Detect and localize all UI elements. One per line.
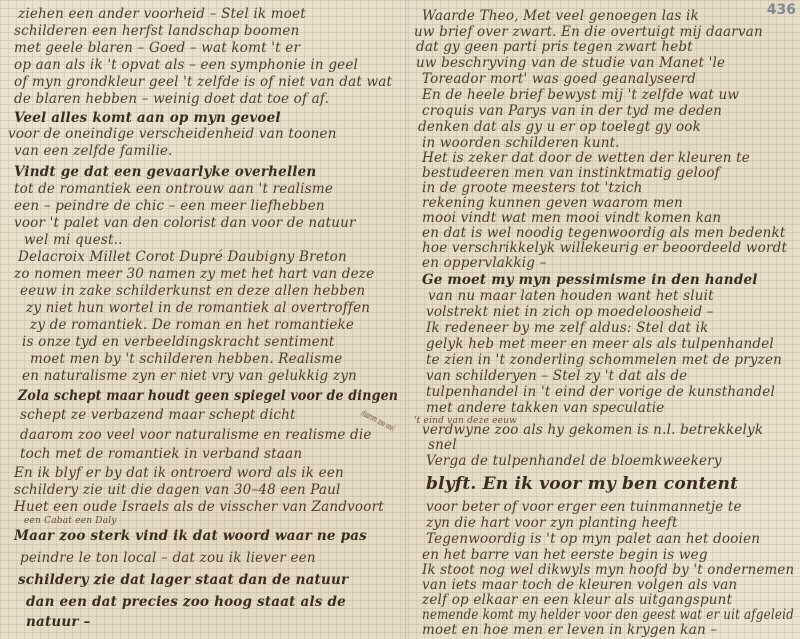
text-line: van schilderyen – Stel zy 't dat als de: [426, 368, 687, 384]
text-line: in de groote meesters tot 'tzich: [422, 180, 643, 196]
text-line: tulpenhandel in 't eind der vorige de ku…: [426, 384, 775, 400]
text-line: en het barre van het eerste begin is weg: [422, 547, 708, 563]
text-line: op aan als ik 't opvat als – een symphon…: [14, 57, 358, 73]
text-line: snel: [428, 437, 457, 453]
text-line: te zien in 't zonderling schommelen met …: [426, 352, 782, 368]
text-line: Vindt ge dat een gevaarlyke overhellen: [14, 164, 316, 180]
text-line: voor beter of voor erger een tuinmannetj…: [426, 499, 742, 515]
text-line: verdwyne zoo als hy gekomen is n.l. betr…: [422, 422, 763, 438]
text-line: voor 't palet van den colorist dan voor …: [14, 215, 356, 231]
text-line: Delacroix Millet Corot Dupré Daubigny Br…: [18, 249, 347, 265]
text-line: dat gy geen parti pris tegen zwart hebt: [416, 39, 693, 55]
text-line: croquis van Parys van in der tyd me dede…: [422, 103, 722, 119]
interlinear-note: een Cabat een Daly: [24, 516, 117, 526]
text-line: Veel alles komt aan op myn gevoel: [14, 110, 281, 126]
text-line: de blaren hebben – weinig doet dat toe o…: [14, 91, 329, 107]
center-fold: [405, 0, 407, 639]
text-line: Ge moet my myn pessimisme in den handel: [422, 272, 758, 288]
text-line: van iets maar toch de kleuren volgen als…: [422, 577, 737, 593]
text-line: zo nomen meer 30 namen zy met het hart v…: [14, 266, 374, 282]
left-page: ziehen een ander voorheid – Stel ik moet…: [0, 0, 404, 639]
text-line: en naturalisme zyn er niet vry van geluk…: [22, 368, 357, 384]
text-line: uw brief over zwart. En die overtuigt mi…: [414, 24, 763, 40]
text-line: voor de oneindige verscheidenheid van to…: [8, 126, 337, 142]
text-line: rekening kunnen geven waarom men: [422, 195, 683, 211]
text-line: Tegenwoordig is 't op myn palet aan het …: [426, 531, 760, 547]
text-line: tot de romantiek een ontrouw aan 't real…: [14, 181, 333, 197]
text-line: En ik blyf er by dat ik ontroerd word al…: [14, 465, 344, 481]
text-line: zyn die hart voor zyn planting heeft: [426, 515, 678, 531]
text-line: Ik stoot nog wel dikwyls myn hoofd by 't…: [422, 562, 794, 578]
page-number: 436: [767, 2, 796, 18]
text-line: in woorden schilderen kunt.: [422, 135, 620, 151]
text-line: schept ze verbazend maar schept dicht: [20, 407, 296, 423]
text-line: eeuw in zake schilderkunst en deze allen…: [20, 283, 365, 299]
text-line: peindre le ton local – dat zou ik liever…: [20, 550, 316, 566]
manuscript-sheet: ziehen een ander voorheid – Stel ik moet…: [0, 0, 800, 639]
text-line: zy de romantiek. De roman en het romanti…: [30, 317, 354, 333]
text-line: en oppervlakkig –: [422, 255, 547, 271]
text-line: natuur –: [26, 614, 91, 630]
text-line: moet men by 't schilderen hebben. Realis…: [30, 351, 342, 367]
text-line: zy niet hun wortel in de romantiek al ov…: [26, 300, 370, 316]
text-line: mooi vindt wat men mooi vindt komen kan: [422, 210, 721, 226]
text-line: zelf op elkaar en een kleur als uitgangs…: [422, 592, 732, 608]
text-line: schildery zie uit die dagen van 30–48 ee…: [14, 482, 341, 498]
text-line: ziehen een ander voorheid – Stel ik moet: [18, 6, 306, 22]
text-line: met andere takken van speculatie: [426, 400, 664, 416]
text-line: schildery zie dat lager staat dan de nat…: [18, 572, 348, 588]
text-line: wel mi quest..: [24, 232, 123, 248]
text-line: nemende komt my helder voor den geest wa…: [422, 607, 794, 623]
text-line: Ik redeneer by me zelf aldus: Stel dat i…: [426, 320, 709, 336]
text-line: Maar zoo sterk vind ik dat woord waar ne…: [14, 528, 367, 544]
text-line: volstrekt niet in zich op moedeloosheid …: [426, 304, 714, 320]
text-line: van nu maar laten houden want het sluit: [428, 288, 714, 304]
text-line: of myn grondkleur geel 't zelfde is of n…: [14, 74, 392, 90]
text-line: met geele blaren – Goed – wat komt 't er: [14, 40, 300, 56]
text-line: van een zelfde familie.: [14, 143, 173, 159]
text-line: een – peindre de chic – een meer liefheb…: [14, 198, 325, 214]
text-line: Huet een oude Israels als de visscher va…: [14, 499, 384, 515]
text-line: Zola schept maar houdt geen spiegel voor…: [18, 388, 398, 404]
text-line: toch met de romantiek in verband staan: [20, 446, 302, 462]
text-line: Waarde Theo, Met veel genoegen las ik: [422, 8, 699, 24]
text-line: moet en hoe men er leven in krygen kan –: [422, 622, 717, 638]
text-line: denken dat als gy u er op toelegt gy ook: [418, 119, 701, 135]
right-page: 436 Waarde Theo, Met veel genoegen las i…: [408, 0, 800, 639]
text-line: blyft. En ik voor my ben content: [426, 474, 738, 494]
text-line: en dat is wel noodig tegenwoordig als me…: [422, 225, 786, 241]
text-line: is onze tyd en verbeeldingskracht sentim…: [22, 334, 334, 350]
text-line: schilderen een herfst landschap boomen: [14, 23, 299, 39]
text-line: bestudeeren men van instinktmatig geloof: [422, 165, 720, 181]
text-line: Toreador mort' was goed geanalyseerd: [422, 71, 696, 87]
text-line: gelyk heb met meer en meer als als tulpe…: [426, 336, 774, 352]
text-line: hoe verschrikkelyk willekeurig er beoord…: [422, 240, 787, 256]
text-line: Het is zeker dat door de wetten der kleu…: [422, 150, 750, 166]
text-line: daarom zoo veel voor naturalisme en real…: [20, 427, 372, 443]
text-line: Verga de tulpenhandel de bloemkweekery: [426, 453, 722, 469]
text-line: En de heele brief bewyst mij 't zelfde w…: [422, 87, 739, 103]
text-line: uw beschryving van de studie van Manet '…: [416, 55, 725, 71]
text-line: dan een dat precies zoo hoog staat als d…: [26, 594, 346, 610]
